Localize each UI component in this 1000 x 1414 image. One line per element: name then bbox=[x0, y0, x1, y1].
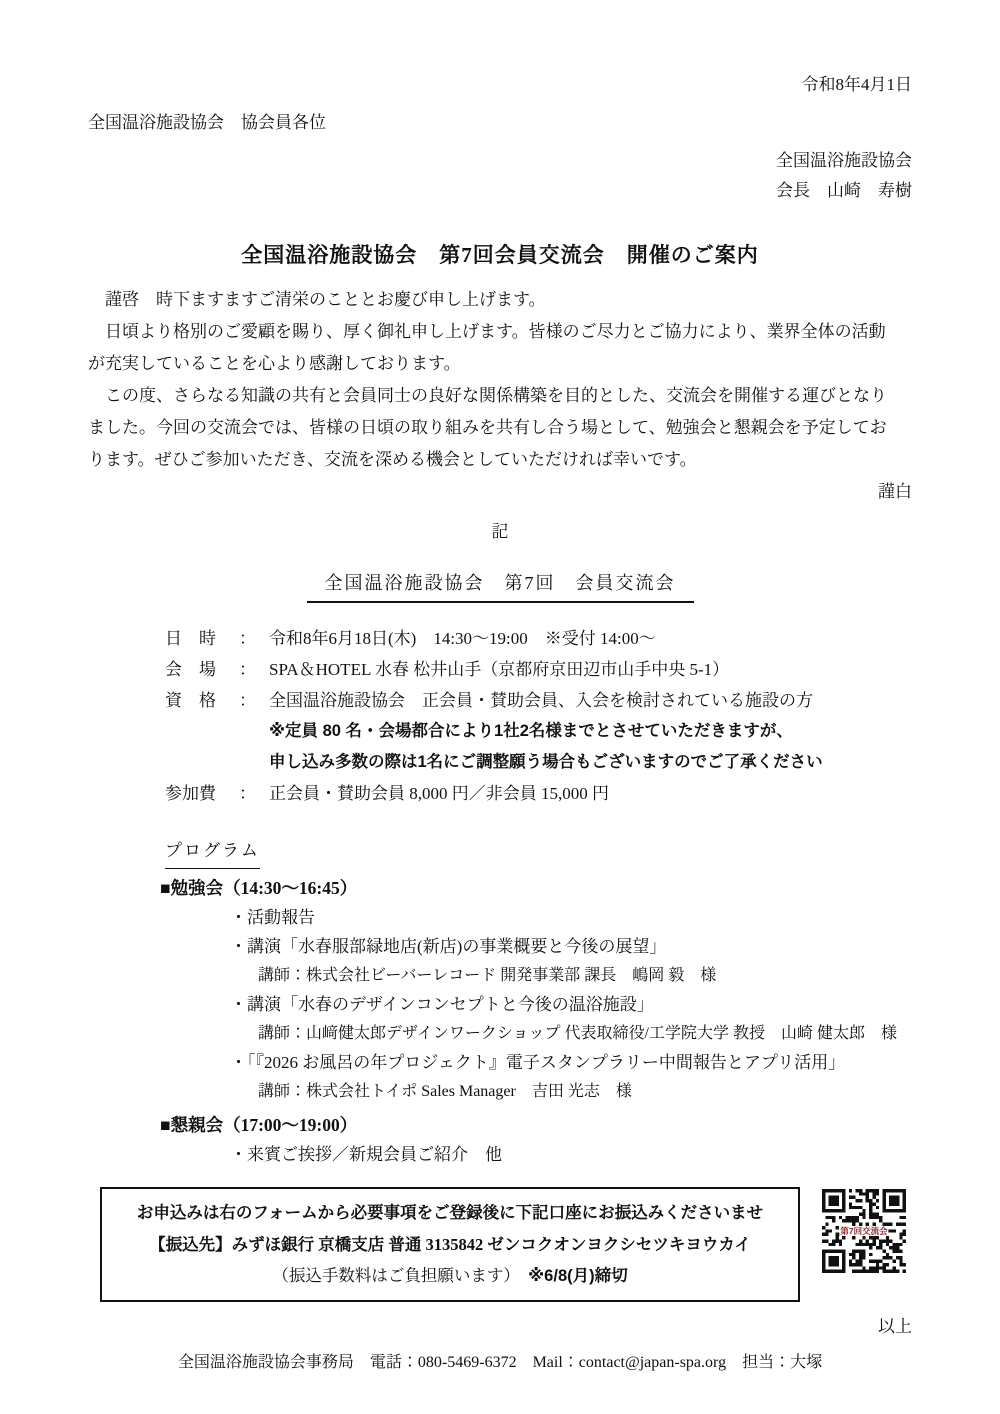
program-heading-wrap: プログラム bbox=[165, 837, 912, 869]
detail-label: 日 時 bbox=[165, 623, 239, 654]
closing-word: 謹白 bbox=[88, 476, 912, 508]
capacity-note-line: 申し込み多数の際は1名にご調整願う場合もございますのでご了承ください bbox=[269, 747, 912, 778]
detail-label: 資 格 bbox=[165, 685, 239, 716]
detail-row-fee: 参加費 ： 正会員・賛助会員 8,000 円／非会員 15,000 円 bbox=[165, 778, 912, 809]
bank-transfer-line: 【振込先】みずほ銀行 京橋支店 普通 3135842 ゼンコクオンヨクシセツキヨ… bbox=[108, 1229, 792, 1260]
program-lecturer: 講師：山﨑健太郎デザインワークショップ 代表取締役/工学院大学 教授 山崎 健太… bbox=[258, 1019, 912, 1048]
qr-code: 第7回交流会 bbox=[822, 1189, 906, 1273]
program-lecturer: 講師：株式会社ビーバーレコード 開発事業部 課長 嶋岡 毅 様 bbox=[258, 961, 912, 990]
body-line: が充実していることを心より感謝しております。 bbox=[88, 348, 912, 380]
recipient-line: 全国温浴施設協会 協会員各位 bbox=[88, 108, 912, 138]
instruction-prefix: お申込みは右のフォームから bbox=[137, 1203, 351, 1222]
application-row: お申込みは右のフォームから必要事項をご登録後に下記口座にお振込みくださいませ 【… bbox=[100, 1187, 912, 1302]
program-item: ・講演「水春服部緑地店(新店)の事業概要と今後の展望」 bbox=[230, 932, 912, 961]
sender-organization: 全国温浴施設協会 bbox=[88, 146, 912, 176]
event-subtitle-wrap: 全国温浴施設協会 第7回 会員交流会 bbox=[88, 570, 912, 603]
detail-row-venue: 会 場 ： SPA＆HOTEL 水春 松井山手（京都府京田辺市山手中央 5-1） bbox=[165, 654, 912, 685]
instruction-emphasis: 必要事項をご登録後に下記口座にお振込み bbox=[351, 1204, 665, 1222]
detail-value: 正会員・賛助会員 8,000 円／非会員 15,000 円 bbox=[269, 778, 912, 809]
program-heading: プログラム bbox=[165, 837, 260, 869]
detail-colon: ： bbox=[239, 778, 269, 809]
program-section: プログラム ■勉強会（14:30～16:45） ・活動報告 ・講演「水春服部緑地… bbox=[88, 837, 912, 1169]
document-title: 全国温浴施設協会 第7回会員交流会 開催のご案内 bbox=[88, 240, 912, 270]
end-mark: 以上 bbox=[88, 1312, 912, 1342]
detail-colon: ： bbox=[239, 685, 269, 716]
program-lecturer: 講師：株式会社トイポ Sales Manager 吉田 光志 様 bbox=[258, 1077, 912, 1106]
program-item: ・活動報告 bbox=[230, 903, 912, 932]
body-line: この度、さらなる知識の共有と会員同士の良好な関係構築を目的とした、交流会を開催す… bbox=[88, 380, 912, 412]
fee-note: （振込手数料はご負担願います） bbox=[272, 1266, 528, 1285]
detail-colon: ： bbox=[239, 623, 269, 654]
detail-label: 参加費 bbox=[165, 778, 239, 809]
instruction-suffix: くださいませ bbox=[664, 1203, 763, 1222]
detail-label: 会 場 bbox=[165, 654, 239, 685]
body-line: 日頃より格別のご愛顧を賜り、厚く御礼申し上げます。皆様のご尽力とご協力により、業… bbox=[88, 316, 912, 348]
detail-row-eligibility: 資 格 ： 全国温浴施設協会 正会員・賛助会員、入会を検討されている施設の方 bbox=[165, 685, 912, 716]
social-gathering-title: ■懇親会（17:00～19:00） bbox=[160, 1110, 912, 1140]
capacity-note-line: ※定員 80 名・会場都合により1社2名様までとさせていただきますが、 bbox=[269, 716, 912, 747]
detail-row-datetime: 日 時 ： 令和8年6月18日(木) 14:30～19:00 ※受付 14:00… bbox=[165, 623, 912, 654]
program-item: ・講演「水春のデザインコンセプトと今後の温浴施設」 bbox=[230, 990, 912, 1019]
program-item: ・来賓ご挨拶／新規会員ご紹介 他 bbox=[230, 1140, 912, 1169]
application-notice-box: お申込みは右のフォームから必要事項をご登録後に下記口座にお振込みくださいませ 【… bbox=[100, 1187, 800, 1302]
body-line: ります。ぜひご参加いただき、交流を深める機会としていただければ幸いです。 bbox=[88, 444, 912, 476]
application-instruction-line: お申込みは右のフォームから必要事項をご登録後に下記口座にお振込みくださいませ bbox=[108, 1197, 792, 1229]
document-page: 令和8年4月1日 全国温浴施設協会 協会員各位 全国温浴施設協会 会長 山崎 寿… bbox=[0, 0, 1000, 1414]
qr-code-label: 第7回交流会 bbox=[839, 1226, 888, 1236]
body-line: ました。今回の交流会では、皆様の日頃の取り組みを共有し合う場として、勉強会と懇親… bbox=[88, 412, 912, 444]
greeting-body: 謹啓 時下ますますご清栄のこととお慶び申し上げます。 日頃より格別のご愛顧を賜り… bbox=[88, 284, 912, 476]
detail-value: 全国温浴施設協会 正会員・賛助会員、入会を検討されている施設の方 bbox=[269, 685, 912, 716]
event-subtitle: 全国温浴施設協会 第7回 会員交流会 bbox=[307, 570, 694, 603]
study-session-title: ■勉強会（14:30～16:45） bbox=[160, 873, 912, 903]
program-item: ・「『2026 お風呂の年プロジェクト』電子スタンプラリー中間報告とアプリ活用」 bbox=[230, 1048, 912, 1077]
record-mark: 記 bbox=[88, 516, 912, 548]
deadline-line: （振込手数料はご負担願います） ※6/8(月)締切 bbox=[108, 1260, 792, 1292]
document-date: 令和8年4月1日 bbox=[88, 70, 912, 100]
detail-value: 令和8年6月18日(木) 14:30～19:00 ※受付 14:00～ bbox=[269, 623, 912, 654]
body-line: 謹啓 時下ますますご清栄のこととお慶び申し上げます。 bbox=[88, 284, 912, 316]
footer-contact: 全国温浴施設協会事務局 電話：080-5469-6372 Mail：contac… bbox=[88, 1348, 912, 1378]
deadline-emphasis: ※6/8(月)締切 bbox=[528, 1267, 627, 1285]
detail-colon: ： bbox=[239, 654, 269, 685]
event-details: 日 時 ： 令和8年6月18日(木) 14:30～19:00 ※受付 14:00… bbox=[165, 623, 912, 809]
sender-name: 会長 山崎 寿樹 bbox=[88, 176, 912, 206]
detail-value: SPA＆HOTEL 水春 松井山手（京都府京田辺市山手中央 5-1） bbox=[269, 654, 912, 685]
